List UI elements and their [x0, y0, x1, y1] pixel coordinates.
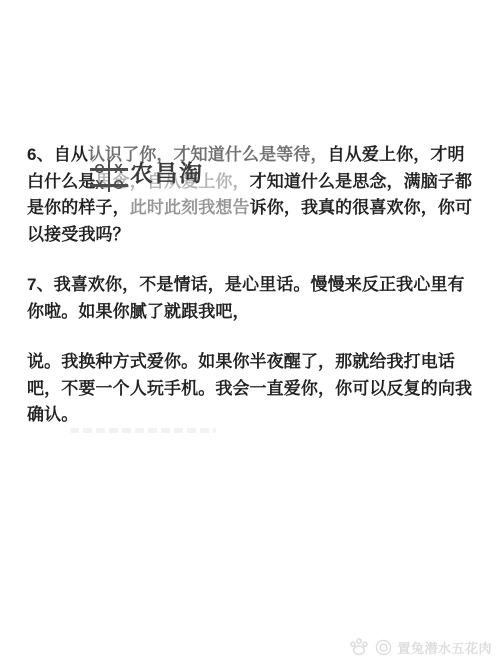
text-line: 说。我换种方式爱你。如果你半夜醒了，那就给我打电话 [27, 349, 477, 376]
paragraph: 7、我喜欢你，不是情话，是心里话。慢慢来反正我心里有你啦。如果你腻了就跟我吧， [27, 272, 477, 325]
text-line: 7、我喜欢你，不是情话，是心里话。慢慢来反正我心里有 [27, 272, 477, 299]
brand-watermark-text: 农昌淘 [130, 161, 204, 185]
text-segment: 以接受我吗？ [27, 225, 130, 244]
text-segment: 诉你，我真的很喜欢你，你可 [250, 198, 473, 217]
text-segment: 说。我换种方式爱你。如果你半夜醒了，那就给我打电话 [27, 352, 455, 371]
text-segment: 吧，不要一个人玩手机。我会一直爱你，你可以反复的向我 [27, 379, 472, 398]
text-line: 你啦。如果你腻了就跟我吧， [27, 299, 477, 326]
bottom-watermark: 置兔潜水五花肉 [348, 636, 492, 658]
text-segment: 此时此刻我想告 [130, 198, 250, 217]
text-line: 确认。 [27, 402, 477, 429]
ghost-artifact [70, 428, 216, 433]
paw-icon [348, 636, 370, 658]
logo-cell: O [91, 160, 110, 176]
text-line: 吧，不要一个人玩手机。我会一直爱你，你可以反复的向我 [27, 376, 477, 403]
username-watermark-text: 置兔潜水五花肉 [397, 638, 492, 657]
logo-cell: X [110, 160, 127, 176]
text-segment: 自从爱上你，才明 [328, 145, 465, 164]
text-segment: 你啦。如果你腻了就跟我吧， [27, 302, 250, 321]
text-line: 是你的样子，此时此刻我想告诉你，我真的很喜欢你，你可 [27, 195, 477, 222]
paragraph: 说。我换种方式爱你。如果你半夜醒了，那就给我打电话吧，不要一个人玩手机。我会一直… [27, 349, 477, 429]
logo-row: O X [91, 160, 127, 176]
text-segment: 是你的样子， [27, 198, 130, 217]
logo-row: X O [91, 176, 127, 192]
text-segment: 6、自从 [27, 145, 88, 164]
badge-circle-icon [374, 638, 393, 657]
text-segment: 白什么是 [27, 172, 95, 191]
top-watermark: O X X O 农昌淘 [91, 160, 204, 192]
oxxo-logo-icon: O X X O [91, 160, 127, 192]
text-line: 以接受我吗？ [27, 222, 477, 249]
paragraph: 6、自从认识了你，才知道什么是等待，自从爱上你，才明白什么是思念，自从爱上你，才… [27, 142, 477, 248]
text-segment: 确认。 [27, 405, 78, 424]
text-segment: 才知道什么是思念，满脑子都 [250, 172, 473, 191]
logo-cell: O [110, 176, 127, 192]
logo-cell: X [91, 176, 110, 192]
text-segment: 7、我喜欢你，不是情话，是心里话。慢慢来反正我心里有 [27, 275, 465, 294]
quote-image-page: 6、自从认识了你，才知道什么是等待，自从爱上你，才明白什么是思念，自从爱上你，才… [0, 0, 500, 668]
